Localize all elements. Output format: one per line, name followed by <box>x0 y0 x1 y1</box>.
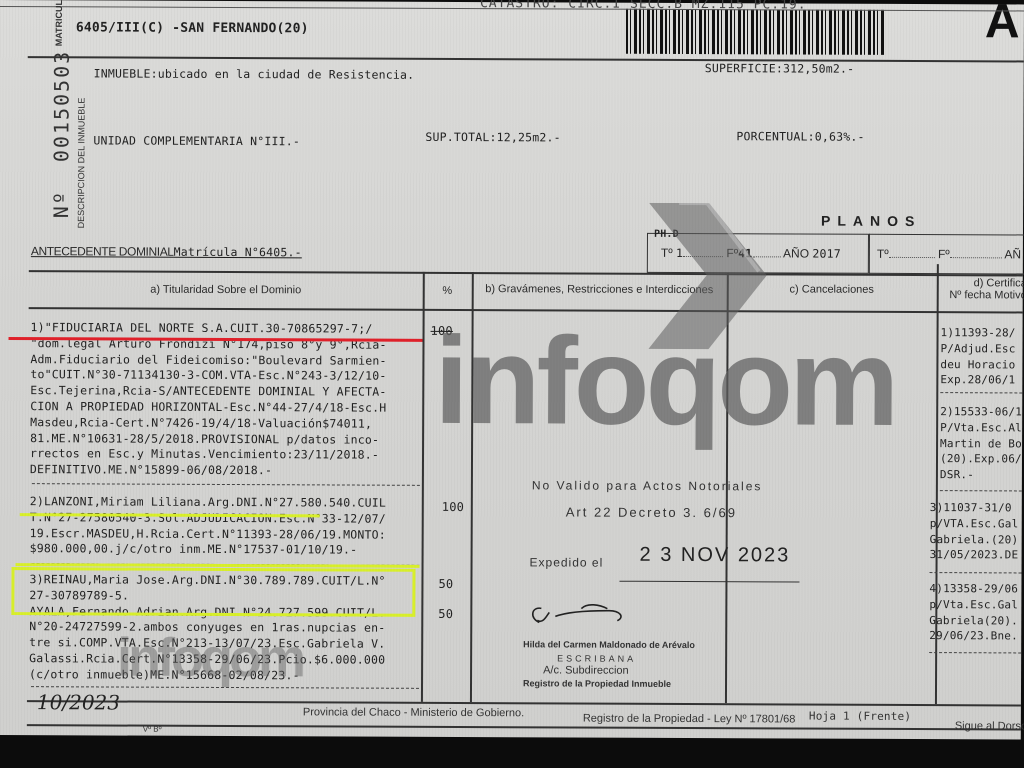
certificado-2: 2)15533-06/1 P/Vta.Esc.Al Martin de Bo (… <box>940 404 1022 483</box>
anio-value: 2017 <box>812 247 841 261</box>
descripcion-label: DESCRIPCION DEL INMUEBLE <box>76 98 87 229</box>
porcentual: PORCENTUAL:0,63%.- <box>736 129 864 144</box>
expedido-label: Expedido el <box>530 555 604 569</box>
expedido-date: 2 3 NOV 2023 <box>640 544 791 568</box>
serial-digits: 00150503 <box>49 50 73 162</box>
cert-header-line2: Nº fecha Motivo <box>939 289 1024 301</box>
tomo-value: 1 <box>676 246 683 260</box>
folio-label: Fº <box>726 246 738 260</box>
cert-separator <box>930 572 1022 573</box>
yellow-highlight-box <box>11 567 415 617</box>
registry-document: CATASTRO: CIRC.I SECC.B MZ.115 PC.19. A … <box>0 0 1024 739</box>
certificado-1: 1)11393-28/ P/Adjud.Esc deu Horacio Exp.… <box>940 325 1015 389</box>
antecedente-label: ANTECEDENTE DOMINIAL <box>31 244 174 259</box>
cert-separator <box>940 490 1022 491</box>
titular-entry-2: 2)LANZONI,Miriam Liliana.Arg.DNI.N°27.58… <box>30 494 386 559</box>
matricula-value: 6405/III(C) -SAN FERNANDO(20) <box>76 20 309 36</box>
footer-registro-ley: Registro de la Propiedad - Ley Nº 17801/… <box>583 713 796 726</box>
no-valido-stamp: No Valido para Actos Notoriales <box>532 478 763 493</box>
table-header-border <box>29 307 1023 313</box>
sup-total: SUP.TOTAL:12,25m2.- <box>425 130 560 145</box>
column-header-cancelaciones: c) Cancelaciones <box>727 283 937 296</box>
escribana-name: Hilda del Carmen Maldonado de Arévalo <box>523 639 695 650</box>
tomo-label: Tº <box>661 246 673 260</box>
titular-pct-1: 100 <box>431 324 453 338</box>
barcode <box>626 9 886 55</box>
cert-separator <box>929 652 1021 653</box>
superficie: SUPERFICIE:312,50m2.- <box>705 61 855 76</box>
ph-label: PH.D <box>654 229 679 240</box>
unidad-complementaria: UNIDAD COMPLEMENTARIA N°III.- <box>93 133 300 148</box>
handwritten-signature: 10/2023 <box>37 690 120 714</box>
entry-separator <box>32 483 420 486</box>
anio2-label: AÑ <box>1004 247 1021 261</box>
titular-pct-3b: 50 <box>438 607 453 621</box>
titular-entry-1: 1)"FIDUCIARIA DEL NORTE S.A.CUIT.30-7086… <box>30 320 387 480</box>
column-header-titularidad: a) Titularidad Sobre el Dominio <box>29 283 423 297</box>
registro-stamp: Registro de la Propiedad Inmueble <box>523 678 671 689</box>
escribana-title: ESCRIBANA <box>557 653 636 663</box>
column-header-gravamenes: b) Gravámenes, Restricciones e Interdicc… <box>472 283 727 296</box>
escribana-signature <box>525 600 635 632</box>
antecedente-value: Matrícula N°6405.- <box>174 245 302 260</box>
dotted-line <box>683 247 723 257</box>
folio2-label: Fº <box>938 247 950 261</box>
planos-row-2: Tº Fº AÑ <box>877 247 1021 262</box>
planos-title: PLANOS <box>821 213 921 229</box>
certificado-3: 3)11037-31/0 p/VTA.Esc.Gal Gabriela.(20)… <box>930 500 1019 564</box>
dotted-line <box>950 248 1002 258</box>
watermark-logo: infoqom <box>434 310 896 454</box>
col-divider-b <box>470 272 473 702</box>
folio-value: 41 <box>738 246 752 260</box>
decreto-stamp: Art 22 Decreto 3. 6/69 <box>566 504 737 520</box>
titular-pct-3a: 50 <box>438 577 453 591</box>
footer-provincia: Provincia del Chaco - Ministerio de Gobi… <box>303 706 524 719</box>
serial-number: Nº 00150503 <box>49 50 74 219</box>
column-header-certificados: d) Certifica Nº fecha Motivo <box>939 277 1024 301</box>
column-header-percent: % <box>423 285 472 297</box>
planos-row-1: Tº 1 Fº41 AÑO 2017 <box>661 246 841 261</box>
col-divider-pct <box>421 272 424 702</box>
footer-hoja: Hoja 1 (Frente) <box>809 710 911 723</box>
serial-prefix: Nº <box>49 190 73 218</box>
footer-vobo: Vº Bº <box>143 725 162 734</box>
footer-top-border <box>27 700 1021 706</box>
corner-letter: A <box>985 0 1020 49</box>
cert-separator <box>940 392 1022 393</box>
matricula-divider <box>28 56 1024 62</box>
watermark-chevron-icon <box>648 203 779 354</box>
inmueble-ubicacion: INMUEBLE:ubicado en la ciudad de Resiste… <box>94 66 415 81</box>
subdireccion: A/c. Subdireccion <box>543 664 629 676</box>
certificado-4: 4)13358-29/06 p/Vta.Esc.Gal Gabriela(20)… <box>929 581 1018 645</box>
anio-label: AÑO <box>783 246 809 260</box>
footer-bottom-border <box>27 724 1021 730</box>
antecedente-row: ANTECEDENTE DOMINIALMatrícula N°6405.- <box>31 244 302 259</box>
dotted-line <box>752 247 780 257</box>
matricula-label: MATRICULA <box>54 0 64 46</box>
cert-header-line1: d) Certifica <box>939 277 1024 289</box>
expedido-underline <box>619 581 799 583</box>
footer-sigue: Sigue al Dorso <box>955 720 1024 732</box>
titular-pct-2: 100 <box>442 500 464 514</box>
dotted-line <box>889 248 935 258</box>
entry-separator <box>31 686 419 689</box>
tomo2-label: Tº <box>877 247 889 261</box>
